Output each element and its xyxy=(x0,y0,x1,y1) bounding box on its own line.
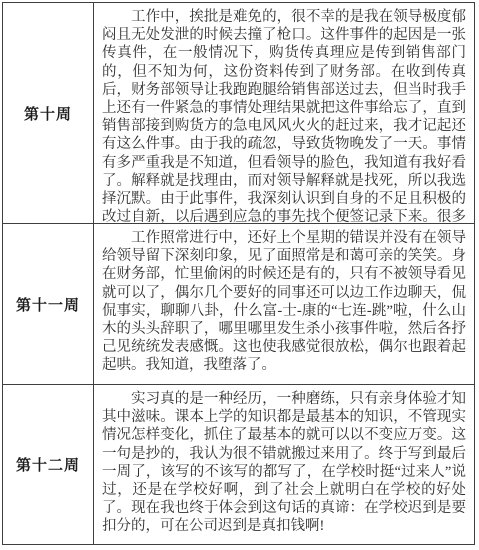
week-11-label: 第十一周 xyxy=(16,294,80,315)
week-11-entry-cell: 工作照常进行中，还好上个星期的错误并没有在领导给领导留下深刻印象，见了面照常是和… xyxy=(94,223,474,384)
week-12-entry-text: 实习真的是一种经历，一种磨练，只有亲身体验才知其中滋味。课本上学的知识都是最基本… xyxy=(102,390,466,536)
week-12-label: 第十二周 xyxy=(16,454,80,475)
weekly-diary-table: 第十周 工作中，挨批是难免的，很不幸的是我在领导极度郁闷且无处发泄的时候去撞了枪… xyxy=(2,2,475,545)
week-11-label-cell: 第十一周 xyxy=(3,223,94,384)
week-10-entry-text: 工作中，挨批是难免的，很不幸的是我在领导极度郁闷且无处发泄的时候去撞了枪口。这件… xyxy=(102,8,466,223)
week-10-entry-cell: 工作中，挨批是难免的，很不幸的是我在领导极度郁闷且无处发泄的时候去撞了枪口。这件… xyxy=(94,3,474,223)
week-11-entry-text: 工作照常进行中，还好上个星期的错误并没有在领导给领导留下深刻印象，见了面照常是和… xyxy=(102,229,466,375)
week-12-label-cell: 第十二周 xyxy=(3,384,94,544)
week-12-entry-cell: 实习真的是一种经历，一种磨练，只有亲身体验才知其中滋味。课本上学的知识都是最基本… xyxy=(94,384,474,544)
week-10-label: 第十周 xyxy=(24,103,72,124)
week-10-label-cell: 第十周 xyxy=(3,3,94,223)
document-page: 第十周 工作中，挨批是难免的，很不幸的是我在领导极度郁闷且无处发泄的时候去撞了枪… xyxy=(0,0,479,550)
